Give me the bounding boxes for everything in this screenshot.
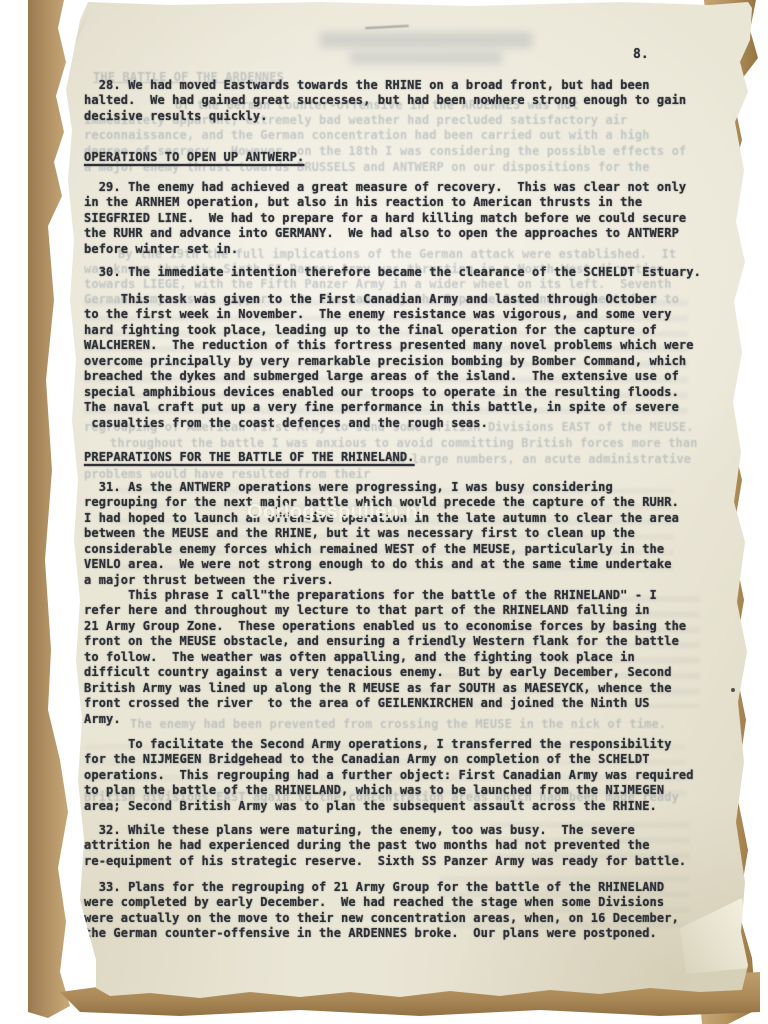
paragraph-31-facilitate: To facilitate the Second Army operations… [84, 737, 694, 814]
paragraph-30-continuation: This task was given to the First Canadia… [84, 292, 694, 431]
pencil-scribble [365, 25, 409, 29]
ink-speck [731, 688, 735, 692]
photo-backdrop: THE BATTLE OF THE ARDENNES of the German… [0, 0, 768, 1024]
page-fold-bottom-right [680, 898, 750, 974]
paragraph-28: 28. We had moved Eastwards towards the R… [84, 78, 686, 124]
blue-pen-tick [24, 126, 28, 137]
section-heading-antwerp: OPERATIONS TO OPEN UP ANTWERP. [84, 150, 304, 165]
paragraph-30: 30. The immediate intention therefore be… [84, 265, 701, 280]
paragraph-33: 33. Plans for the regrouping of 21 Army … [84, 880, 679, 942]
paragraph-29: 29. The enemy had achieved a great measu… [84, 180, 686, 257]
document-page: THE BATTLE OF THE ARDENNES of the German… [20, 0, 765, 1018]
bleedthrough-text: in large numbers, an acute administrativ… [390, 452, 691, 467]
paragraph-31: 31. As the ANTWERP operations were progr… [84, 480, 679, 588]
page-number: 8. [633, 47, 649, 62]
bleedthrough-title-smudge [320, 32, 532, 48]
section-heading-rhineland: PREPARATIONS FOR THE BATTLE OF THE RHINE… [84, 450, 415, 465]
paragraph-31-continuation: This phrase I call"the preparations for … [84, 588, 686, 727]
bleedthrough-text: reconnaissance, and the German concentra… [84, 128, 650, 143]
watermark: Oorlogsspullen.nl [247, 501, 424, 524]
paragraph-32: 32. While these plans were maturing, the… [84, 823, 686, 869]
bleedthrough-title-smudge [350, 52, 502, 64]
